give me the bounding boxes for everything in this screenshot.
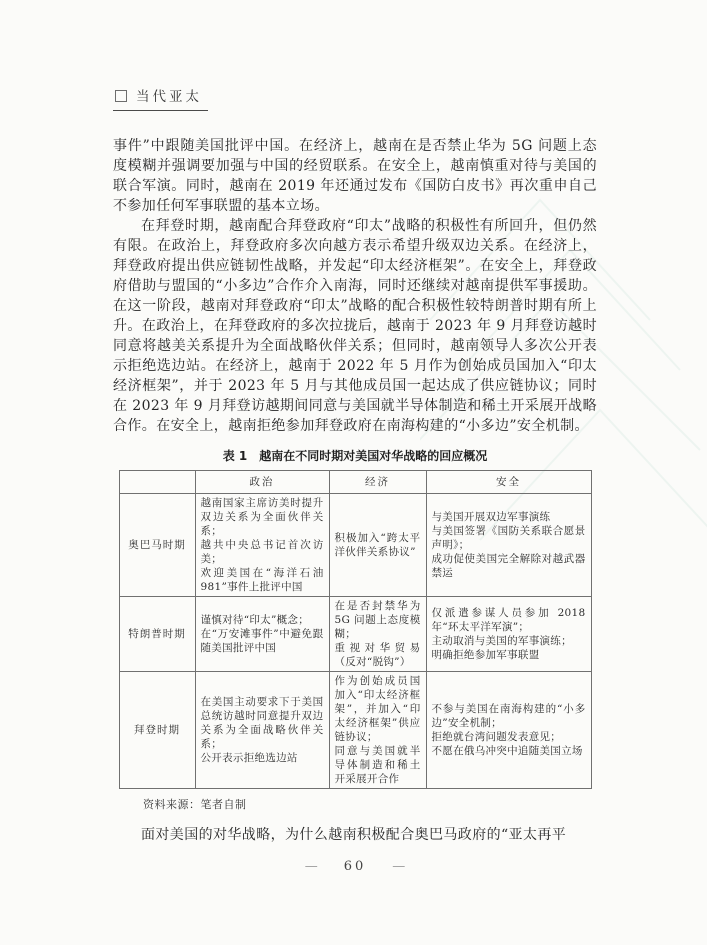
table-source-note: 资料来源：笔者自制	[143, 796, 597, 812]
row-period-label: 特朗普时期	[119, 597, 195, 672]
paragraph-1: 事件”中跟随美国批评中国。在经济上，越南在是否禁止华为 5G 问题上态度模糊并强…	[113, 136, 597, 216]
table-caption: 表 1 越南在不同时期对美国对华战略的回应概况	[113, 447, 597, 464]
square-bullet-icon	[115, 90, 127, 102]
table-header-politics: 政治	[195, 471, 329, 494]
document-page: 当代亚太 事件”中跟随美国批评中国。在经济上，越南在是否禁止华为 5G 问题上态…	[113, 85, 597, 874]
page-number-value: 60	[344, 859, 367, 874]
row-politics-cell: 在美国主动要求下于美国总统访越时同意提升双边关系为全面战略伙伴关系； 公开表示拒…	[195, 672, 329, 789]
table-row: 特朗普时期 谨慎对待“印太”概念； 在“万安滩事件”中避免跟随美国批评中国 在是…	[119, 597, 591, 672]
table-header-row: 政治 经济 安全	[119, 471, 591, 494]
row-politics-cell: 谨慎对待“印太”概念； 在“万安滩事件”中避免跟随美国批评中国	[195, 597, 329, 672]
running-head: 当代亚太	[113, 85, 597, 111]
table-header-security: 安全	[426, 471, 591, 494]
row-period-label: 拜登时期	[119, 672, 195, 789]
journal-title: 当代亚太	[136, 89, 202, 105]
page-number-dash-right: —	[392, 859, 405, 874]
row-security-cell: 仅派遣参谋人员参加 2018 年“环太平洋军演”； 主动取消与美国的军事演练； …	[426, 597, 591, 672]
row-economy-cell: 积极加入“跨太平洋伙伴关系协议”	[329, 494, 426, 597]
table-header-economy: 经济	[329, 471, 426, 494]
comparison-table: 政治 经济 安全 奥巴马时期 越南国家主席访美时提升双边关系为全面伙伴关系； 越…	[119, 470, 592, 789]
row-economy-cell: 作为创始成员国加入“印太经济框架”，并加入“印太经济框架”供应链协议； 同意与美…	[329, 672, 426, 789]
paragraph-3: 面对美国的对华战略，为什么越南积极配合奥巴马政府的“亚太再平	[113, 825, 597, 845]
row-security-cell: 不参与美国在南海构建的“小多边”安全机制； 拒绝就台湾问题发表意见； 不愿在俄乌…	[426, 672, 591, 789]
row-security-cell: 与美国开展双边军事演练 与美国签署《国防关系联合愿景声明》； 成功促使美国完全解…	[426, 494, 591, 597]
journal-title-block: 当代亚太	[113, 85, 208, 111]
table-header-period	[119, 471, 195, 494]
paragraph-2: 在拜登时期，越南配合拜登政府“印太”战略的积极性有所回升，但仍然有限。在政治上，…	[113, 216, 597, 436]
row-period-label: 奥巴马时期	[119, 494, 195, 597]
row-economy-cell: 在是否封禁华为 5G 问题上态度模糊； 重视对华贸易（反对“脱钩”）	[329, 597, 426, 672]
row-politics-cell: 越南国家主席访美时提升双边关系为全面伙伴关系； 越共中央总书记首次访美； 欢迎美…	[195, 494, 329, 597]
page-number-dash-left: —	[305, 859, 318, 874]
page-number: —60—	[113, 859, 597, 874]
table-row: 奥巴马时期 越南国家主席访美时提升双边关系为全面伙伴关系； 越共中央总书记首次访…	[119, 494, 591, 597]
table-row: 拜登时期 在美国主动要求下于美国总统访越时同意提升双边关系为全面战略伙伴关系； …	[119, 672, 591, 789]
